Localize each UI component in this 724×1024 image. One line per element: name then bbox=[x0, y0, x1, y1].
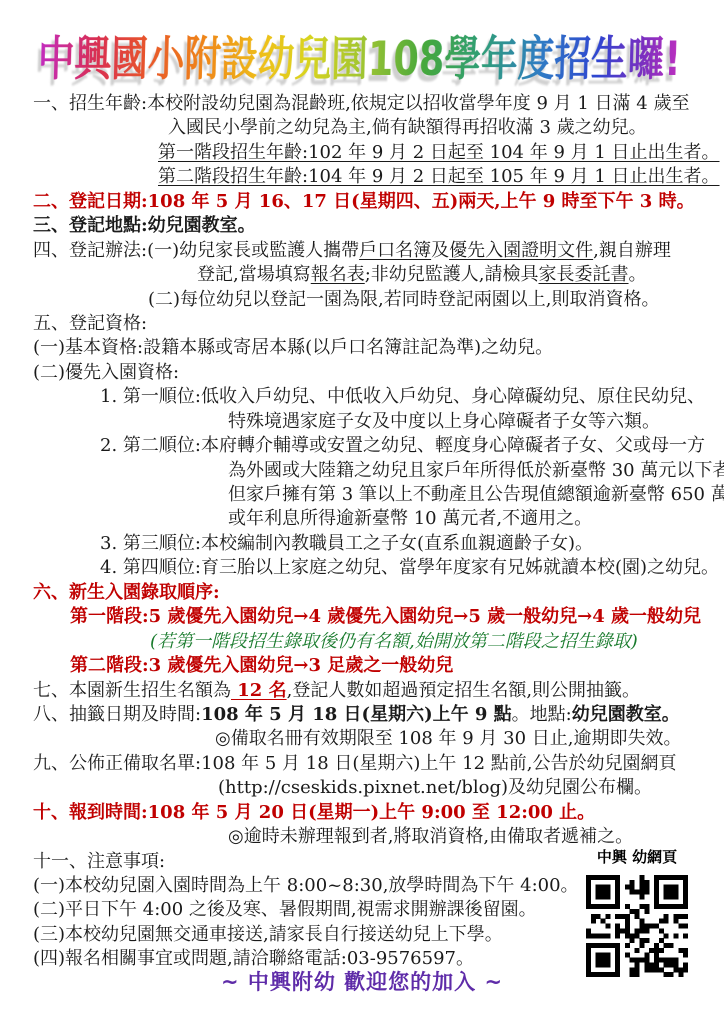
doc-line: 六、新生入園錄取順序: bbox=[33, 581, 708, 605]
doc-line: 或年利息所得逾新臺幣 10 萬元者,不適用之。 bbox=[33, 507, 708, 531]
doc-line: 2. 第二順位:本府轉介輔導或安置之幼兒、輕度身心障礙者子女、父或母一方 bbox=[33, 434, 708, 458]
doc-line: (二)優先入園資格: bbox=[33, 361, 708, 385]
doc-line: (http://cseskids.pixnet.net/blog)及幼兒園公布欄… bbox=[33, 776, 708, 800]
text-segment: 入國民小學前之幼兒為主,倘有缺額得再招收滿 3 歲之幼兒。 bbox=[168, 117, 647, 138]
doc-line: 第二階段:3 歲優先入園幼兒→3 足歲之一般幼兒 bbox=[33, 654, 708, 678]
text-segment: 1. 第一順位:低收入戶幼兒、中低收入戶幼兒、身心障礙幼兒、原住民幼兒、 bbox=[100, 386, 705, 407]
text-segment: 。 bbox=[629, 264, 647, 285]
notice-page: 中興國小附設幼兒園108學年度招生囉! 一、招生年齡:本校附設幼兒園為混齡班,依… bbox=[0, 0, 724, 1024]
doc-line: 一、招生年齡:本校附設幼兒園為混齡班,依規定以招收當學年度 9 月 1 日滿 4… bbox=[33, 92, 708, 116]
doc-line: 第一階段招生年齡:102 年 9 月 2 日起至 104 年 9 月 1 日止出… bbox=[33, 141, 708, 165]
text-segment: ,親自辦理 bbox=[593, 240, 671, 261]
text-segment: (一)本校幼兒園入園時間為上午 8:00~8:30,放學時間為下午 4:00。 bbox=[33, 875, 579, 896]
text-segment: 四、登記辦法:(一)幼兒家長或監護人攜帶 bbox=[33, 240, 359, 261]
text-segment: (若第一階段招生錄取後仍有名額,始開放第二階段之招生錄取) bbox=[150, 631, 638, 652]
text-segment: 家長委託書 bbox=[539, 264, 629, 285]
text-segment: ,登記人數如超過預定招生名額,則公開抽籤。 bbox=[287, 680, 640, 701]
text-segment: (三)本校幼兒園無交通車接送,請家長自行接送幼兒上下學。 bbox=[33, 924, 503, 945]
doc-line: 3. 第三順位:本校編制內教職員工之子女(直系血親適齡子女)。 bbox=[33, 532, 708, 556]
text-segment: 登記,當場填寫 bbox=[197, 264, 311, 285]
text-segment: 五、登記資格: bbox=[33, 313, 147, 334]
text-segment: 為外國或大陸籍之幼兒且家戶年所得低於新臺幣 30 萬元以下者。 bbox=[228, 460, 724, 481]
text-segment: 12 名 bbox=[231, 680, 287, 701]
text-segment: 十一、注意事項: bbox=[33, 851, 165, 872]
doc-line: 1. 第一順位:低收入戶幼兒、中低收入戶幼兒、身心障礙幼兒、原住民幼兒、 bbox=[33, 385, 708, 409]
text-segment: 2. 第二順位:本府轉介輔導或安置之幼兒、輕度身心障礙者子女、父或母一方 bbox=[100, 435, 705, 456]
doc-line: 但家戶擁有第 3 筆以上不動產且公告現值總額逾新臺幣 650 萬元 bbox=[33, 483, 708, 507]
text-segment: 第一階段招生年齡:102 年 9 月 2 日起至 104 年 9 月 1 日止出… bbox=[158, 142, 720, 163]
text-segment: 十、報到時間:108 年 5 月 20 日(星期一)上午 9:00 至 12:0… bbox=[33, 802, 595, 823]
doc-line: 4. 第四順位:育三胎以上家庭之幼兒、當學年度家有兄姊就讀本校(園)之幼兒。 bbox=[33, 556, 708, 580]
text-segment: 第二階段:3 歲優先入園幼兒→3 足歲之一般幼兒 bbox=[70, 655, 453, 676]
text-segment: (http://cseskids.pixnet.net/blog)及幼兒園公布欄… bbox=[218, 777, 652, 798]
text-segment: 八、抽籤日期及時間: bbox=[33, 704, 201, 725]
text-segment: 報名表 bbox=[311, 264, 365, 285]
doc-line: (二)每位幼兒以登記一園為限,若同時登記兩園以上,則取消資格。 bbox=[33, 288, 708, 312]
qr-label: 中興 幼網頁 bbox=[578, 846, 696, 867]
text-segment: (二)每位幼兒以登記一園為限,若同時登記兩園以上,則取消資格。 bbox=[148, 289, 660, 310]
text-segment: (二)平日下午 4:00 之後及寒、暑假期間,視需求開辦課後留園。 bbox=[33, 899, 537, 920]
doc-line: 特殊境遇家庭子女及中度以上身心障礙者子女等六類。 bbox=[33, 410, 708, 434]
doc-line: (若第一階段招生錄取後仍有名額,始開放第二階段之招生錄取) bbox=[33, 630, 708, 654]
doc-body: 一、招生年齡:本校附設幼兒園為混齡班,依規定以招收當學年度 9 月 1 日滿 4… bbox=[33, 92, 708, 972]
doc-line: 七、本園新生招生名額為 12 名,登記人數如超過預定招生名額,則公開抽籤。 bbox=[33, 679, 708, 703]
doc-line: 二、登記日期:108 年 5 月 16、17 日(星期四、五)兩天,上午 9 時… bbox=[33, 190, 708, 214]
text-segment: 及 bbox=[431, 240, 449, 261]
text-segment: 二、登記日期:108 年 5 月 16、17 日(星期四、五)兩天,上午 9 時… bbox=[33, 191, 695, 212]
text-segment: 。地點: bbox=[512, 704, 572, 725]
text-segment: 第二階段招生年齡:104 年 9 月 2 日起至 105 年 9 月 1 日止出… bbox=[158, 166, 720, 187]
doc-line: 八、抽籤日期及時間:108 年 5 月 18 日(星期六)上午 9 點。地點:幼… bbox=[33, 703, 708, 727]
qr-block: 中興 幼網頁 bbox=[578, 846, 696, 977]
text-segment: 但家戶擁有第 3 筆以上不動產且公告現值總額逾新臺幣 650 萬元 bbox=[228, 484, 724, 505]
text-segment: 108 年 5 月 18 日(星期六)上午 9 點 bbox=[201, 704, 512, 725]
text-segment: (一)基本資格:設籍本縣或寄居本縣(以戶口名簿註記為準)之幼兒。 bbox=[33, 337, 553, 358]
doc-line: 三、登記地點:幼兒園教室。 bbox=[33, 214, 708, 238]
doc-line: 五、登記資格: bbox=[33, 312, 708, 336]
text-segment: 一、招生年齡:本校附設幼兒園為混齡班,依規定以招收當學年度 9 月 1 日滿 4… bbox=[33, 93, 689, 114]
text-segment: 幼兒園教室。 bbox=[572, 704, 680, 725]
text-segment: ;非幼兒監護人,請檢具 bbox=[365, 264, 539, 285]
text-segment: 三、登記地點:幼兒園教室。 bbox=[33, 215, 256, 236]
doc-line: 九、公佈正備取名單:108 年 5 月 18 日(星期六)上午 12 點前,公告… bbox=[33, 752, 708, 776]
doc-line: ◎備取名冊有效期限至 108 年 9 月 30 日止,逾期即失效。 bbox=[33, 727, 708, 751]
text-segment: 優先入園證明文件 bbox=[449, 240, 593, 261]
doc-line: 入國民小學前之幼兒為主,倘有缺額得再招收滿 3 歲之幼兒。 bbox=[33, 116, 708, 140]
footer-slogan: ~ 中興附幼 歡迎您的加入 ~ bbox=[0, 966, 724, 996]
qr-code bbox=[586, 875, 688, 977]
text-segment: 六、新生入園錄取順序: bbox=[33, 582, 220, 603]
text-segment: 九、公佈正備取名單:108 年 5 月 18 日(星期六)上午 12 點前,公告… bbox=[33, 753, 677, 774]
text-segment: ◎備取名冊有效期限至 108 年 9 月 30 日止,逾期即失效。 bbox=[215, 728, 681, 749]
text-segment: 七、本園新生招生名額為 bbox=[33, 680, 231, 701]
text-segment: 第一階段:5 歲優先入園幼兒→4 歲優先入園幼兒→5 歲一般幼兒→4 歲一般幼兒 bbox=[70, 606, 701, 627]
text-segment: (二)優先入園資格: bbox=[33, 362, 179, 383]
doc-line: 十、報到時間:108 年 5 月 20 日(星期一)上午 9:00 至 12:0… bbox=[33, 801, 708, 825]
doc-line: 四、登記辦法:(一)幼兒家長或監護人攜帶戶口名簿及優先入園證明文件,親自辦理 bbox=[33, 239, 708, 263]
doc-line: 第二階段招生年齡:104 年 9 月 2 日起至 105 年 9 月 1 日止出… bbox=[33, 165, 708, 189]
text-segment: 戶口名簿 bbox=[359, 240, 431, 261]
doc-line: 為外國或大陸籍之幼兒且家戶年所得低於新臺幣 30 萬元以下者。 bbox=[33, 459, 708, 483]
doc-line: (一)基本資格:設籍本縣或寄居本縣(以戶口名簿註記為準)之幼兒。 bbox=[33, 336, 708, 360]
page-title-wrap: 中興國小附設幼兒園108學年度招生囉! bbox=[38, 22, 698, 89]
page-title: 中興國小附設幼兒園108學年度招生囉! bbox=[37, 22, 682, 89]
text-segment: 3. 第三順位:本校編制內教職員工之子女(直系血親適齡子女)。 bbox=[100, 533, 593, 554]
text-segment: 4. 第四順位:育三胎以上家庭之幼兒、當學年度家有兄姊就讀本校(園)之幼兒。 bbox=[100, 557, 719, 578]
text-segment: ◎逾時未辦理報到者,將取消資格,由備取者遞補之。 bbox=[228, 826, 633, 847]
doc-line: 第一階段:5 歲優先入園幼兒→4 歲優先入園幼兒→5 歲一般幼兒→4 歲一般幼兒 bbox=[33, 605, 708, 629]
doc-line: 登記,當場填寫報名表;非幼兒監護人,請檢具家長委託書。 bbox=[33, 263, 708, 287]
text-segment: 特殊境遇家庭子女及中度以上身心障礙者子女等六類。 bbox=[228, 411, 660, 432]
text-segment: 或年利息所得逾新臺幣 10 萬元者,不適用之。 bbox=[228, 508, 592, 529]
